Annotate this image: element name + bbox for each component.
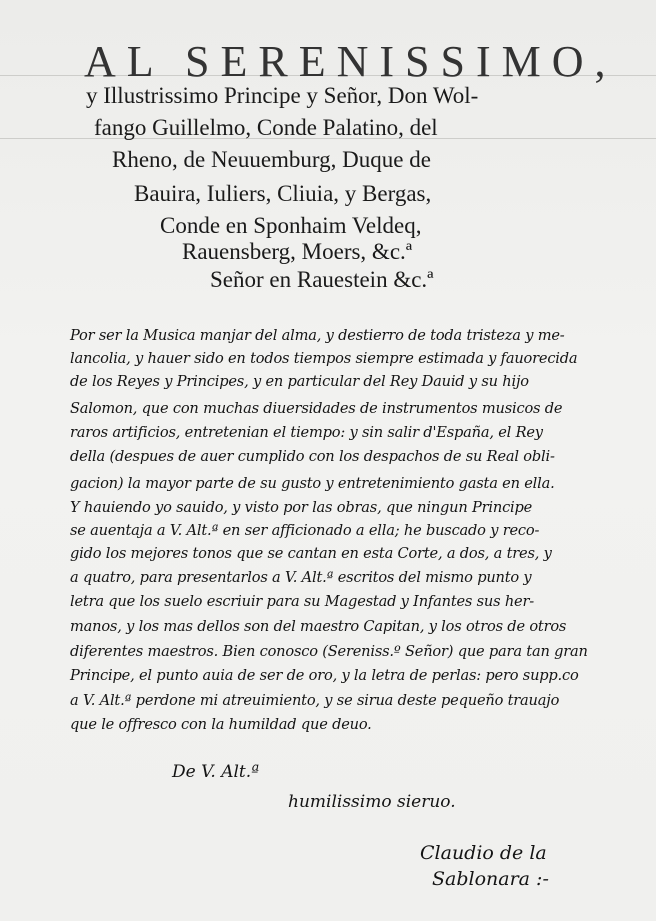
address-line: Bauira, Iuliers, Cliuia, y Bergas, [134,180,431,208]
address-line: Señor en Rauestein &c.ª [210,266,434,294]
address-line: Rauensberg, Moers, &c.ª [182,238,412,266]
body-line: gacion) la mayor parte de su gusto y ent… [70,473,555,495]
signature-surname: Sablonara :- [432,868,549,890]
body-line: se auentaja a V. Alt.ª en ser afficionad… [70,520,539,542]
body-line: a quatro, para presentarlos a V. Alt.ª e… [70,567,531,589]
closing-servant: humilissimo sieruo. [288,792,456,812]
body-line: de los Reyes y Principes, y en particula… [70,371,529,393]
body-line: della (despues de auer cumplido con los … [70,446,555,468]
signature-name: Claudio de la [420,842,547,864]
body-line: a V. Alt.ª perdone mi atreuimiento, y se… [70,690,559,712]
body-line: manos, y los mas dellos son del maestro … [70,616,566,638]
body-line: Principe, el punto auia de ser de oro, y… [70,665,579,687]
body-line: Y hauiendo yo sauido, y visto por las ob… [70,497,532,519]
body-line: lancolia, y hauer sido en todos tiempos … [70,348,577,370]
address-line: Rheno, de Neuuemburg, Duque de [112,146,431,174]
closing-salutation: De V. Alt.ª [172,762,259,782]
body-line: Por ser la Musica manjar del alma, y des… [70,325,565,347]
body-line: diferentes maestros. Bien conosco (Seren… [70,641,588,663]
body-line: Salomon, que con muchas diuersidades de … [70,398,562,420]
manuscript-page: AL SERENISSIMO, y Illustrissimo Principe… [0,0,656,921]
address-line: y Illustrissimo Principe y Señor, Don Wo… [86,82,478,110]
address-line: Conde en Sponhaim Veldeq, [160,212,422,240]
address-line: fango Guillelmo, Conde Palatino, del [94,114,438,142]
body-line: que le offresco con la humildad que deuo… [70,714,372,736]
body-line: raros artificios, entretenian el tiempo:… [70,422,543,444]
body-line: letra que los suelo escriuir para su Mag… [70,591,534,613]
body-line: gido los mejores tonos que se cantan en … [70,543,552,565]
dedication-title: AL SERENISSIMO, [84,38,604,86]
